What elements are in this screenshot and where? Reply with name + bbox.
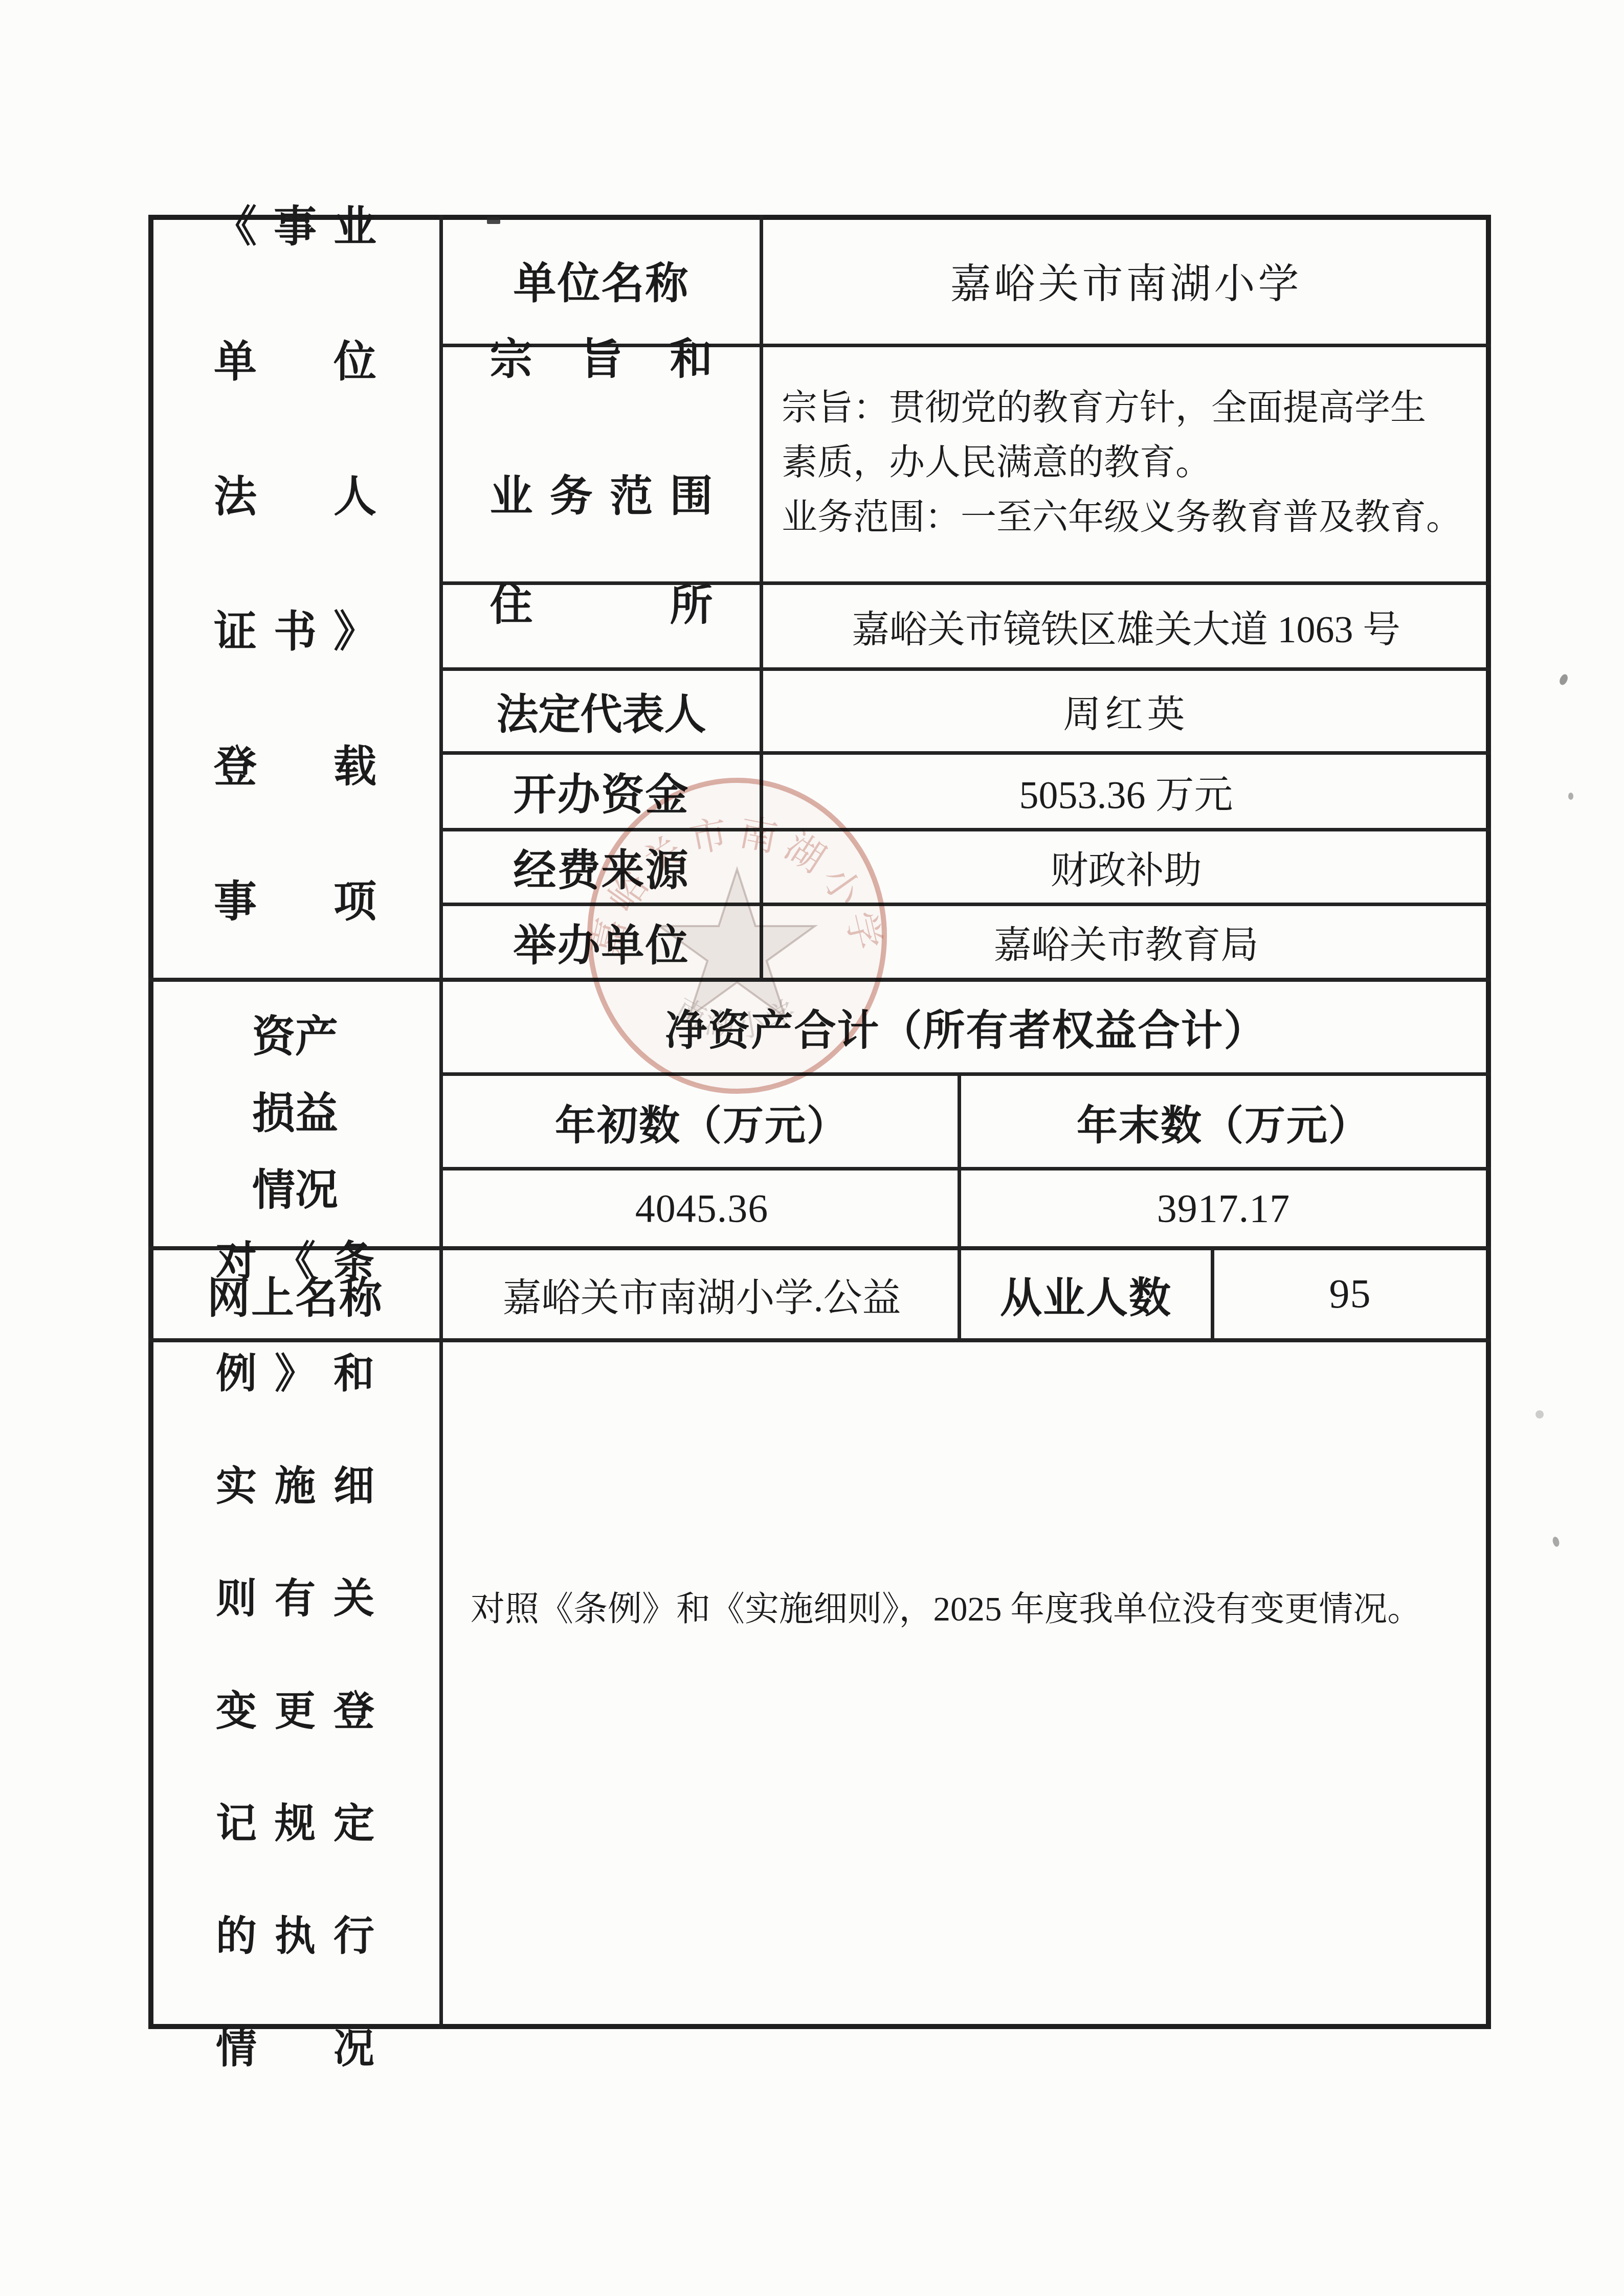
address-label: 住所 [490, 571, 713, 682]
compliance-statement-cell: 对照《条例》和《实施细则》，2025 年度我单位没有变更情况。 [446, 1342, 1486, 2024]
table-hline-6 [441, 903, 1491, 906]
table-vline-col-a [439, 215, 443, 2029]
purpose-value-line2: 素质，办人民满意的教育。 [782, 436, 1211, 490]
organizer-label: 举办单位 [513, 911, 689, 973]
address-value-cell: 嘉峪关市镜铁区雄关大道 1063 号 [766, 585, 1486, 667]
staff-count-label-cell: 从业人数 [961, 1250, 1211, 1338]
legal-rep-value-cell: 周红英 [766, 671, 1486, 751]
unit-name-value: 嘉峪关市南湖小学 [950, 251, 1302, 309]
organizer-value: 嘉峪关市教育局 [994, 915, 1259, 969]
legal-rep-label: 法定代表人 [496, 681, 706, 741]
purpose-value-cell: 宗旨：贯彻党的教育方针，全面提高学生 素质，办人民满意的教育。 业务范围：一至六… [766, 347, 1486, 578]
table-hline-4 [441, 751, 1491, 755]
certificate-side-label-line: 登载 [214, 734, 376, 869]
table-vline-col-b [760, 215, 763, 981]
purpose-value-line1: 宗旨：贯彻党的教育方针，全面提高学生 [782, 381, 1426, 436]
certificate-side-label-line: 《事业 [214, 194, 376, 329]
certificate-side-label-line: 证书》 [214, 599, 376, 734]
capital-label-cell: 开办资金 [446, 755, 757, 828]
table-hline-9 [441, 1167, 1491, 1170]
funding-value: 财政补助 [1051, 840, 1202, 894]
legal-rep-value: 周红英 [1063, 684, 1189, 738]
begin-year-value: 4045.36 [635, 1185, 769, 1231]
funding-label: 经费来源 [513, 836, 689, 898]
certificate-side-label-line: 单位 [214, 329, 376, 464]
end-year-label: 年末数（万元） [1077, 1092, 1370, 1151]
address-label-cell: 住所 [446, 585, 757, 667]
compliance-side-label-line: 对《条 [216, 1233, 374, 1346]
compliance-side-label-line: 则有关 [216, 1571, 374, 1683]
assets-side-label-line: 损益 [252, 1076, 338, 1153]
organizer-label-cell: 举办单位 [446, 906, 757, 978]
purpose-label-cell: 宗旨和 业务范围 [446, 347, 757, 578]
online-name-value: 嘉峪关市南湖小学.公益 [503, 1267, 901, 1322]
end-year-value-cell: 3917.17 [961, 1170, 1486, 1246]
certificate-side-label: 《事业 单位 法人 证书》 登载 事项 [154, 221, 436, 977]
compliance-side-label-line: 变更登 [216, 1683, 374, 1796]
end-year-value: 3917.17 [1157, 1185, 1291, 1231]
staff-count-value: 95 [1329, 1271, 1371, 1318]
capital-label: 开办资金 [513, 760, 689, 822]
certificate-side-label-line: 法人 [214, 464, 376, 599]
scanned-report-page: 《事业 单位 法人 证书》 登载 事项 单位名称 嘉峪关市南湖小学 宗旨和 业务… [0, 0, 1624, 2296]
scan-speck [1568, 793, 1573, 800]
unit-name-label: 单位名称 [513, 249, 689, 311]
funding-label-cell: 经费来源 [446, 831, 757, 903]
staff-count-label: 从业人数 [1000, 1265, 1172, 1324]
purpose-value-line3: 业务范围：一至六年级义务教育普及教育。 [782, 490, 1462, 545]
compliance-side-label-line: 情况 [216, 2021, 374, 2133]
begin-year-value-cell: 4045.36 [446, 1170, 958, 1246]
staff-count-value-cell: 95 [1214, 1250, 1486, 1338]
table-hline-8 [441, 1072, 1491, 1076]
unit-name-value-cell: 嘉峪关市南湖小学 [766, 220, 1486, 340]
table-hline-5 [441, 828, 1491, 831]
purpose-label-line1: 宗旨和 [490, 326, 713, 463]
compliance-statement: 对照《条例》和《实施细则》，2025 年度我单位没有变更情况。 [471, 1584, 1421, 1635]
assets-side-label-line: 资产 [252, 999, 338, 1076]
online-name-value-cell: 嘉峪关市南湖小学.公益 [446, 1250, 958, 1338]
begin-year-label-cell: 年初数（万元） [446, 1076, 958, 1167]
scan-speck [487, 217, 500, 224]
begin-year-label: 年初数（万元） [555, 1092, 849, 1151]
assets-side-label: 资产 损益 情况 [154, 982, 436, 1246]
compliance-side-label-line: 的执行 [216, 1908, 374, 2021]
compliance-side-label-line: 实施细 [216, 1458, 374, 1571]
scan-speck [1552, 1536, 1561, 1547]
funding-value-cell: 财政补助 [766, 831, 1486, 903]
net-assets-header-cell: 净资产合计（所有者权益合计） [446, 982, 1486, 1072]
capital-value: 5053.36 万元 [1019, 763, 1233, 819]
compliance-side-label-line: 记规定 [216, 1796, 374, 1908]
compliance-side-label: 对《条 例》和 实施细 则有关 变更登 记规定 的执行 情况 [154, 1342, 436, 2024]
legal-rep-label-cell: 法定代表人 [446, 671, 757, 751]
compliance-side-label-line: 例》和 [216, 1346, 374, 1458]
assets-side-label-line: 情况 [252, 1153, 338, 1229]
scan-speck [1536, 1410, 1544, 1419]
scan-speck [1558, 673, 1569, 686]
net-assets-header: 净资产合计（所有者权益合计） [665, 997, 1266, 1057]
table-vline-staff-split [1211, 1248, 1214, 1340]
table-vline-year-split [958, 1074, 961, 1340]
address-value: 嘉峪关市镜铁区雄关大道 1063 号 [852, 599, 1400, 654]
capital-value-cell: 5053.36 万元 [766, 755, 1486, 828]
organizer-value-cell: 嘉峪关市教育局 [766, 906, 1486, 978]
end-year-label-cell: 年末数（万元） [961, 1076, 1486, 1167]
unit-name-label-cell: 单位名称 [446, 220, 757, 340]
